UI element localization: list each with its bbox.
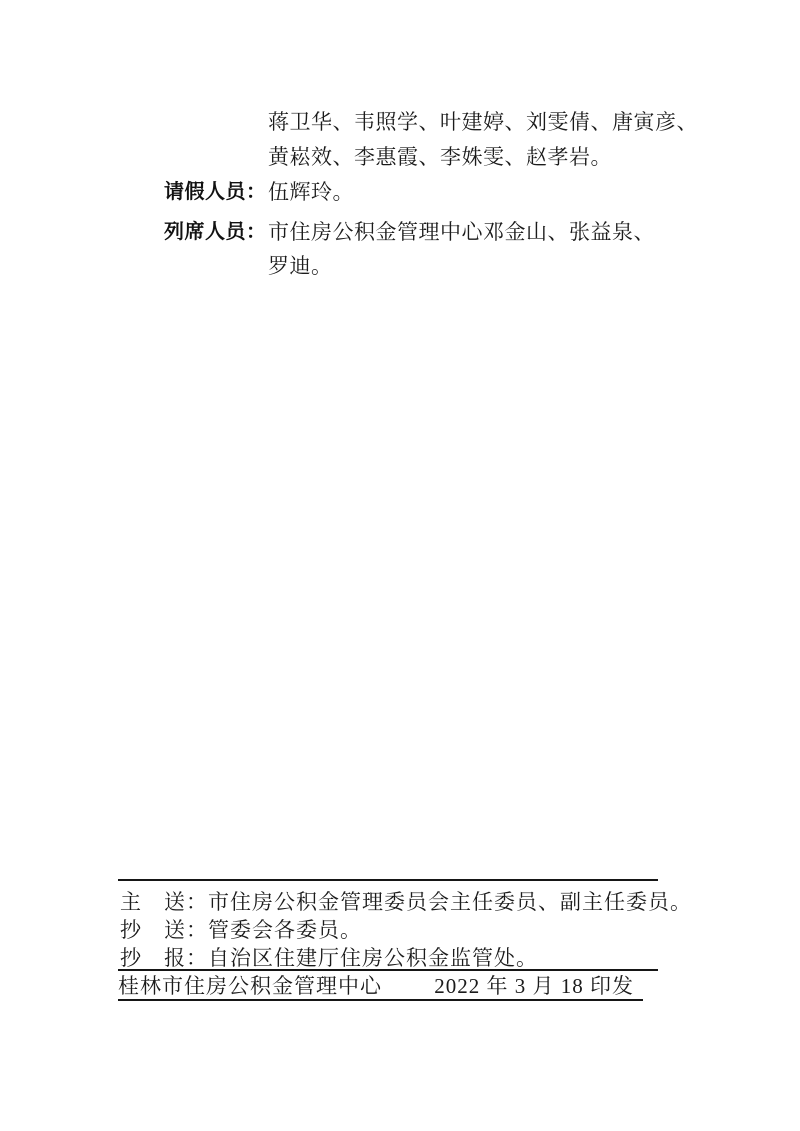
- imprint-bottom-rule: [118, 999, 643, 1001]
- observer-personnel-names-line-1: 市住房公积金管理中心邓金山、张益泉、: [268, 215, 655, 249]
- document-page: 蒋卫华、韦照学、叶建婷、刘雯倩、唐寅彦、 黄崧效、李惠霞、李姝雯、赵孝岩。 请假…: [0, 0, 800, 1131]
- imprint-top-rule: [118, 879, 658, 881]
- attendees-continuation-line-1: 蒋卫华、韦照学、叶建婷、刘雯倩、唐寅彦、: [268, 105, 698, 139]
- distribution-row-copy-send: 抄 送：管委会各委员。: [120, 916, 720, 944]
- imprint-middle-rule: [118, 969, 658, 971]
- issue-date: 2022 年 3 月 18 印发: [434, 973, 634, 999]
- distribution-row-main-send: 主 送：市住房公积金管理委员会主任委员、副主任委员。: [120, 888, 720, 916]
- leave-personnel-label: 请假人员：: [164, 175, 267, 209]
- copy-report-label: 抄 报：: [120, 946, 208, 970]
- imprint-issue-row: 桂林市住房公积金管理中心 2022 年 3 月 18 印发: [118, 973, 634, 999]
- distribution-row-copy-report: 抄 报：自治区住建厅住房公积金监管处。: [120, 944, 720, 972]
- issuing-agency: 桂林市住房公积金管理中心: [118, 973, 382, 999]
- attendees-continuation-line-2: 黄崧效、李惠霞、李姝雯、赵孝岩。: [268, 140, 612, 174]
- main-send-content: 市住房公积金管理委员会主任委员、副主任委员。: [208, 890, 692, 914]
- copy-send-label: 抄 送：: [120, 918, 208, 942]
- leave-personnel-names: 伍辉玲。: [268, 175, 354, 209]
- observer-personnel-names-line-2: 罗迪。: [268, 249, 333, 283]
- copy-report-content: 自治区住建厅住房公积金监管处。: [208, 946, 538, 970]
- main-send-label: 主 送：: [120, 890, 208, 914]
- copy-send-content: 管委会各委员。: [208, 918, 362, 942]
- observer-personnel-label: 列席人员：: [164, 215, 267, 249]
